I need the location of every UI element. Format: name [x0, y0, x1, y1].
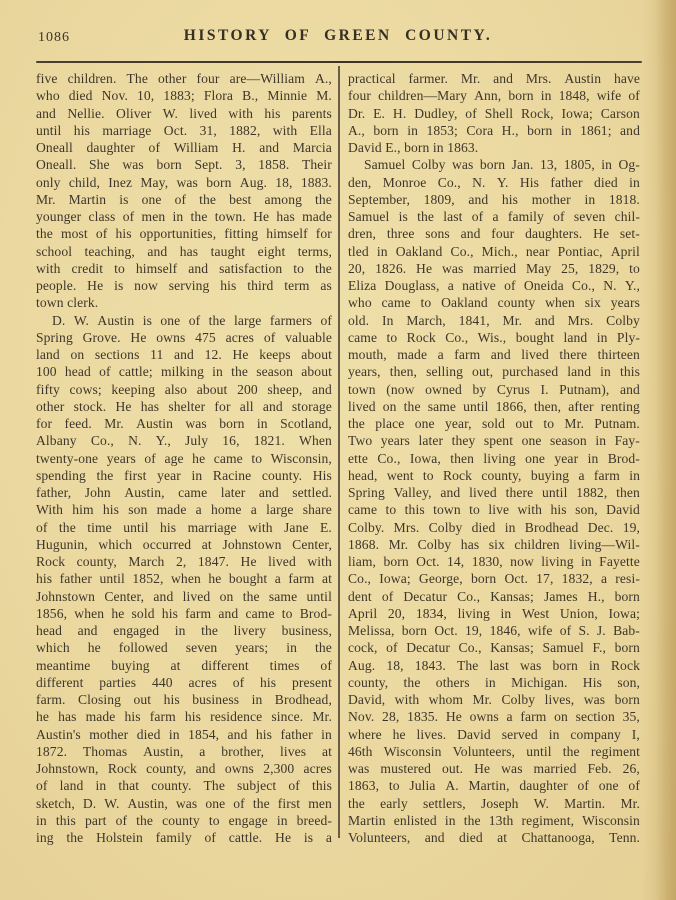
- text-line: theearlysettlers,JosephW.Martin.Mr.: [348, 795, 640, 812]
- paragraph: D.W.AustinisoneofthelargefarmersofSpring…: [36, 312, 332, 847]
- text-line: whichhefollowedsevenyears;inthe: [36, 639, 332, 656]
- text-line: Martinenlistedinthe13thregiment,Wisconsi…: [348, 812, 640, 829]
- text-line: forfeed.Mr.AustinwasborninScotland,: [36, 415, 332, 432]
- text-line: tledinOaklandCo.,Mich.,nearPontiac,April: [348, 243, 640, 260]
- text-line: 100headofcattle;milkingintheseasonabout: [36, 363, 332, 380]
- text-line: spendingthefirstyearinRacinecounty.His: [36, 467, 332, 484]
- text-line: andNellie.OliverW.livedwithhisparents: [36, 105, 332, 122]
- text-line: 46thWisconsinVolunteers,untiltheregiment: [348, 743, 640, 760]
- text-line: ElizaDouglass,anativeofOneidaCo.,N.Y.,: [348, 277, 640, 294]
- text-line: practicalfarmer.Mr.andMrs.Austinhave: [348, 70, 640, 87]
- text-line: landonsections11and12.Hekeepsabout: [36, 346, 332, 363]
- text-line: Hugunin,whichoccurredatJohnstownCenter,: [36, 536, 332, 553]
- text-line: 1872.ThomasAustin,abrother,livesat: [36, 743, 332, 760]
- text-line: AlbanyCo.,N.Y.,July16,1821.When: [36, 432, 332, 449]
- text-line: Austin'smotherdiedin1854,andhisfatherin: [36, 726, 332, 743]
- running-title: HISTORY OF GREEN COUNTY.: [36, 27, 640, 45]
- text-line: David E., born in 1863.: [348, 139, 640, 156]
- text-line: cametothistowntolivewithhisson,David: [348, 501, 640, 518]
- text-line: etteCo.,Iowa,thenlivingoneyearinBrod-: [348, 450, 640, 467]
- text-line: Withhimhissonmadeahomealargeshare: [36, 501, 332, 518]
- text-line: meantimebuyingatdifferenttimesof: [36, 657, 332, 674]
- text-line: Dr.E.H.Dudley,ofShellRock,Iowa;Carson: [348, 105, 640, 122]
- text-line: oflandinthatcounty.Thesubjectofthis: [36, 777, 332, 794]
- text-line: D.W.Austinisoneofthelargefarmersof: [36, 312, 332, 329]
- text-line: county,theothersinMichigan.Hisson,: [348, 674, 640, 691]
- text-line: father,JohnAustin,camelaterandsettled.: [36, 484, 332, 501]
- page-header: 1086 HISTORY OF GREEN COUNTY.: [0, 0, 676, 62]
- text-line: livedonthesameuntil1866,then,afterrentin…: [348, 398, 640, 415]
- text-line: wasmusteredout.HewasmarriedFeb.26,: [348, 760, 640, 777]
- paragraph: SamuelColbywasbornJan.13,1805,inOg-den,M…: [348, 156, 640, 846]
- text-line: headandengagedintheliverybusiness,: [36, 622, 332, 639]
- text-line: dentofDecaturCo.,Kansas;JamesH.,born: [348, 588, 640, 605]
- text-line: David,withwhomMr.Colbylives,wasborn: [348, 691, 640, 708]
- book-page: 1086 HISTORY OF GREEN COUNTY. fivechildr…: [0, 0, 676, 900]
- text-line: den,MonroeCo.,N.Y.Hisfatherdiedin: [348, 174, 640, 191]
- text-columns: fivechildren.Theotherfourare—WilliamA.,w…: [0, 70, 676, 860]
- text-line: farm.ClosingouthisbusinessinBrodhead,: [36, 691, 332, 708]
- text-line: cametoRockCo.,Wis.,boughtlandinPly-: [348, 329, 640, 346]
- text-line: untilhismarriageOct.31,1882,withElla: [36, 122, 332, 139]
- text-line: theplaceoneyear,soldouttoMr.Putnam.: [348, 415, 640, 432]
- text-line: TwoyearslatertheyspentoneseasoninFay-: [348, 432, 640, 449]
- text-line: September,1809,andhismotherin1818.: [348, 191, 640, 208]
- text-line: mouth,madeafarmandlivedtherethirteen: [348, 346, 640, 363]
- text-line: SamuelColbywasbornJan.13,1805,inOg-: [348, 156, 640, 173]
- text-line: SpringGrove.Heowns475acresofvaluable: [36, 329, 332, 346]
- paragraph: practicalfarmer.Mr.andMrs.Austinhavefour…: [348, 70, 640, 156]
- text-line: liam,bornOct.14,1830,nowlivinginFayette: [348, 553, 640, 570]
- text-line: differentparties440acresofhispresent: [36, 674, 332, 691]
- text-line: Johnstown,Rockcounty,andowns2,300acres: [36, 760, 332, 777]
- text-line: Co.,Iowa;George,bornOct.17,1832,aresi-: [348, 570, 640, 587]
- text-line: fiftycows;keepingalsoabout200sheep,and: [36, 381, 332, 398]
- text-line: people.Heisnowservinghisthirdtermas: [36, 277, 332, 294]
- text-line: old.InMarch,1841,Mr.andMrs.Colby: [348, 312, 640, 329]
- column-divider: [338, 66, 340, 838]
- text-line: twenty-oneyearsofagehecametoWisconsin,: [36, 450, 332, 467]
- text-line: Nov.28,1835.Heownsafarmonsection35,: [348, 708, 640, 725]
- text-line: OnealldaughterofWilliamH.andMarcia: [36, 139, 332, 156]
- text-line: April20,1834,livinginWestUnion,Iowa;: [348, 605, 640, 622]
- text-line: hehasmadehisfarmhisresidencesince.Mr.: [36, 708, 332, 725]
- text-line: 20,1826.HewasmarriedMay25,1829,to: [348, 260, 640, 277]
- text-line: hisfatheruntil1852,whenheboughtafarmat: [36, 570, 332, 587]
- text-line: ingtheHolsteinfamilyofcattle.Heisa: [36, 829, 332, 846]
- text-line: 1856,whenhesoldhisfarmandcametoBrod-: [36, 605, 332, 622]
- text-line: sketch,D.W.Austin,wasoneofthefirstmen: [36, 795, 332, 812]
- text-line: whocametoOaklandcountywhensixyears: [348, 294, 640, 311]
- text-line: otherstock.Hehasshelterforallandstorage: [36, 398, 332, 415]
- text-line: Rockcounty,March2,1847.Helivedwith: [36, 553, 332, 570]
- text-line: youngerclassofmeninthetown.Hehasmade: [36, 208, 332, 225]
- text-line: JohnstownCenter,andlivedonthesameuntil: [36, 588, 332, 605]
- text-line: 1863,toJuliaA.Martin,daughterofoneof: [348, 777, 640, 794]
- text-line: themostofhisopportunities,fittinghimself…: [36, 225, 332, 242]
- text-line: withcredittohimselfandsatisfactiontothe: [36, 260, 332, 277]
- text-line: Melissa,bornOct.19,1846,wifeofS.J.Bab-: [348, 622, 640, 639]
- header-rule: [36, 61, 642, 63]
- right-column: practicalfarmer.Mr.andMrs.Austinhavefour…: [348, 70, 640, 846]
- text-line: dren,threesonsandfourdaughters.Heset-: [348, 225, 640, 242]
- text-line: wherehelives.DavidservedincompanyI,: [348, 726, 640, 743]
- text-line: Volunteers,anddiedatChattanooga,Tenn.: [348, 829, 640, 846]
- text-line: SpringValley,andlivedthereuntil1882,then: [348, 484, 640, 501]
- text-line: fivechildren.Theotherfourare—WilliamA.,: [36, 70, 332, 87]
- text-line: Samuelisthelastofafamilyofsevenchil-: [348, 208, 640, 225]
- text-line: ofthetimeuntilhismarriagewithJaneE.: [36, 519, 332, 536]
- text-line: Mr.Martinisoneofthebestamongthe: [36, 191, 332, 208]
- text-line: head,wenttoRockcounty,buyingafarmin: [348, 467, 640, 484]
- text-line: whodiedNov.10,1883;FloraB.,MinnieM.: [36, 87, 332, 104]
- text-line: A.,bornin1853;CoraH.,bornin1861;and: [348, 122, 640, 139]
- text-line: Oneall.ShewasbornSept.3,1858.Their: [36, 156, 332, 173]
- text-line: cock,ofDecaturCo.,Kansas;SamuelF.,born: [348, 639, 640, 656]
- text-line: 1868.Mr.Colbyhassixchildrenliving—Wil-: [348, 536, 640, 553]
- text-line: schoolteaching,andhastaughteightterms,: [36, 243, 332, 260]
- text-line: Aug.18,1843.ThelastwasborninRock: [348, 657, 640, 674]
- text-line: fourchildren—MaryAnn,bornin1848,wifeof: [348, 87, 640, 104]
- text-line: years,then,sellingout,purchasedlandinthi…: [348, 363, 640, 380]
- text-line: onlychild,InezMay,wasbornAug.18,1883.: [36, 174, 332, 191]
- text-line: town(nowownedbyCyrusI.Putnam),and: [348, 381, 640, 398]
- text-line: town clerk.: [36, 294, 332, 311]
- left-column: fivechildren.Theotherfourare—WilliamA.,w…: [36, 70, 332, 846]
- text-line: inthispartofthecountytoengageinbreed-: [36, 812, 332, 829]
- text-line: Colby.Mrs.ColbydiedinBrodheadDec.19,: [348, 519, 640, 536]
- paragraph: fivechildren.Theotherfourare—WilliamA.,w…: [36, 70, 332, 312]
